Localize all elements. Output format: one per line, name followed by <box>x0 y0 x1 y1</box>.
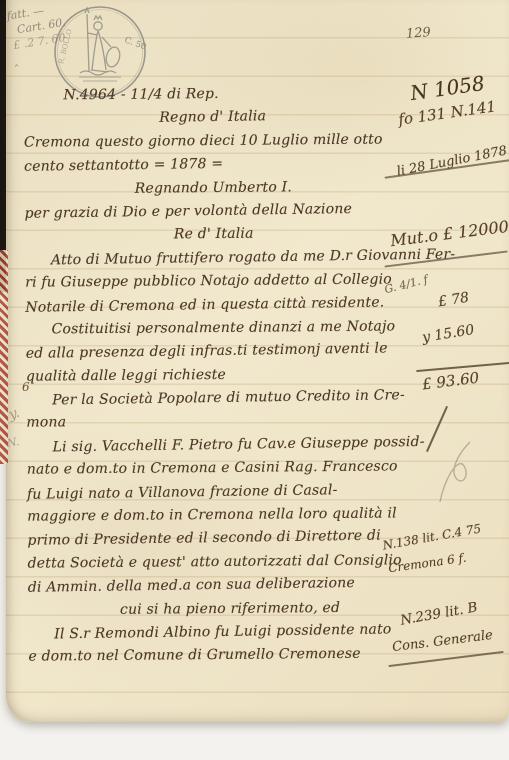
pencil-squiggle <box>430 436 482 508</box>
corner-pencil-notes: fatt. —Cart. 60.£ .2 7. 60‸ <box>6 0 72 68</box>
margin-note-fee-2: y 15.60 <box>421 322 475 346</box>
margin-note-fee-1: £ 78 <box>437 290 470 311</box>
binding-stitch <box>0 250 8 464</box>
margin-note-amount: Mut.o £ 12000 <box>389 217 509 250</box>
margin-note-fee-total: £ 93.60 <box>421 369 480 394</box>
document-page: C. 50 R. BOLLO fatt. —Cart. 60.£ .2 7. 6… <box>6 0 509 722</box>
left-margin-mark: N. <box>6 435 20 450</box>
scanned-document: C. 50 R. BOLLO fatt. —Cart. 60.£ .2 7. 6… <box>0 0 509 760</box>
page-number: 129 <box>406 25 432 42</box>
manuscript-line: Notarile di Cremona ed in questa città r… <box>25 294 403 323</box>
left-margin-mark: 6 <box>22 380 30 394</box>
margin-note-registry-2: N.239 lit. B <box>399 599 478 628</box>
manuscript-body: N.4964 - 11/4 di Rep.Regno d' ItaliaCrem… <box>23 84 406 672</box>
margin-note-signature: Cons. Generale <box>391 628 493 655</box>
left-margin-mark: y. <box>7 405 22 423</box>
stamp-denomination: C. 50 <box>123 35 147 52</box>
manuscript-line: e dom.to nel Comune di Grumello Cremones… <box>28 646 406 673</box>
